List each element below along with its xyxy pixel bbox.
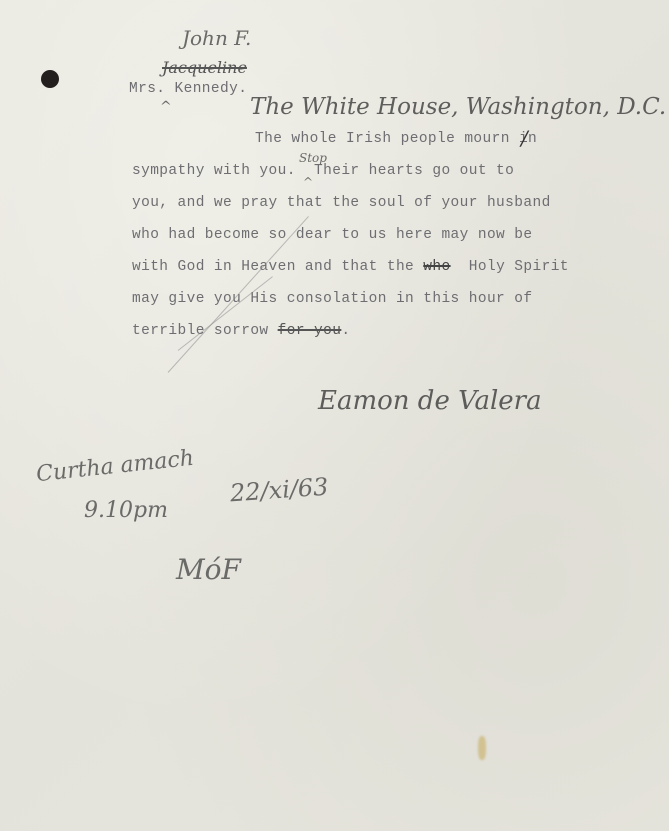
body-line-1: The whole Irish people mourn in bbox=[255, 132, 537, 147]
body-line-7: terrible sorrow for you. bbox=[132, 324, 350, 339]
sent-time: 9.10pm bbox=[84, 500, 168, 522]
mourns-strike-mark: / bbox=[521, 128, 528, 148]
body-line-2: sympathy with you. Their hearts go out t… bbox=[132, 164, 514, 179]
stop-caret: ^ bbox=[303, 176, 313, 188]
body-line-2b: Their hearts go out to bbox=[314, 163, 514, 179]
sent-date: 22/xi/63 bbox=[229, 475, 329, 506]
body-line-5: with God in Heaven and that the who Holy… bbox=[132, 260, 569, 275]
inserted-name-john-f: John F. bbox=[182, 28, 251, 48]
body-line-6: may give you His consolation in this hou… bbox=[132, 292, 532, 307]
initials: MóF bbox=[176, 556, 241, 584]
body-line-5b: Holy Spirit bbox=[469, 259, 569, 275]
body-line-5a: with God in Heaven and that the bbox=[132, 259, 414, 275]
signature: Eamon de Valera bbox=[318, 388, 542, 414]
struck-name-jacqueline: Jacqueline bbox=[162, 60, 247, 76]
punch-hole bbox=[41, 70, 59, 88]
body-line-1-text: The whole Irish people mourn bbox=[255, 131, 510, 147]
caret-mark: ^ bbox=[160, 100, 172, 114]
struck-word-who: who bbox=[423, 259, 450, 275]
struck-phrase-for-you: for you bbox=[278, 323, 342, 339]
body-line-3: you, and we pray that the soul of your h… bbox=[132, 196, 551, 211]
stop-insert: Stop bbox=[299, 152, 327, 164]
body-line-2a: sympathy with you. bbox=[132, 163, 296, 179]
body-line-7-period: . bbox=[341, 323, 350, 339]
address-insert: The White House, Washington, D.C. bbox=[250, 96, 666, 119]
body-line-4: who had become so dear to us here may no… bbox=[132, 228, 532, 243]
salutation: Mrs. Kennedy. bbox=[129, 82, 247, 97]
rust-stain bbox=[478, 736, 486, 760]
